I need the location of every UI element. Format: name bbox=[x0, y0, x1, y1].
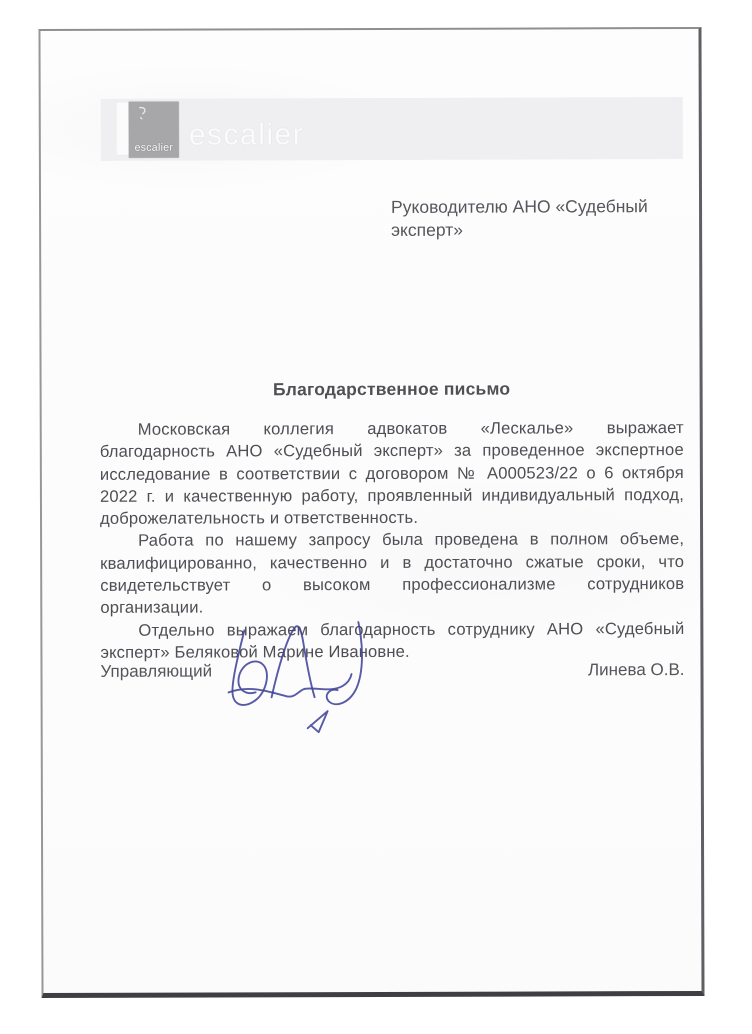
addressee-line-1: Руководителю АНО «Судебный bbox=[391, 195, 691, 219]
signer-name: Линева О.В. bbox=[588, 660, 685, 680]
body-paragraph: Московская коллегия адвокатов «Лескалье»… bbox=[100, 417, 684, 530]
logo-wordmark-watermark: escalier bbox=[189, 118, 304, 152]
logo-wordmark-small: escalier bbox=[129, 142, 179, 154]
addressee-line-2: эксперт» bbox=[391, 218, 691, 242]
handwritten-signature bbox=[210, 618, 396, 751]
body-paragraph: Работа по нашему запросу была проведена … bbox=[100, 529, 684, 620]
addressee-block: Руководителю АНО «Судебный эксперт» bbox=[391, 195, 691, 242]
scanned-letter-page: escalier escalier Руководителю АНО «Суде… bbox=[38, 27, 704, 998]
staircase-mark-icon bbox=[135, 106, 151, 122]
escalier-logo: escalier bbox=[129, 102, 179, 158]
signer-role: Управляющий bbox=[100, 662, 212, 682]
letter-title: Благодарственное письмо bbox=[100, 378, 684, 401]
